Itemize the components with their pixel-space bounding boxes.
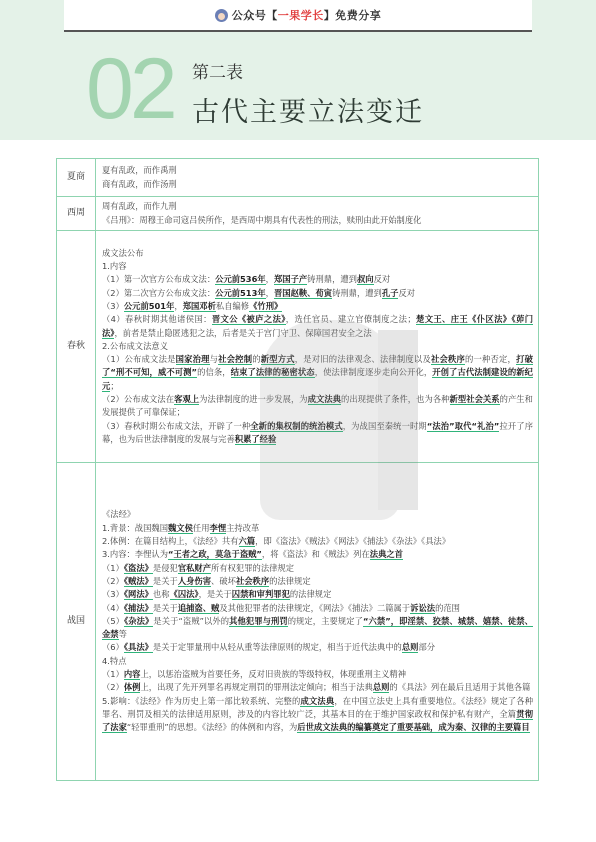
text-line: （1）《盗法》是侵犯官私财产所有权犯罪的法律规定 (102, 562, 533, 575)
text-line: 《吕刑》：周穆王命司寇吕侯所作，是西周中期具有代表性的刑法，赎刑由此开始制度化 (102, 214, 533, 227)
era-label: 战国 (57, 463, 96, 781)
table-row: 春秋 成文法公布1.内容（1）第一次官方公布成文法：公元前536年，郑国子产铸刑… (57, 231, 539, 463)
text-line: 成文法公布 (102, 247, 533, 260)
text-line: （1）内容上，以惩治盗贼为首要任务，反对旧贵族的等级特权，体现重刑主义精神 (102, 668, 533, 681)
promo-header: 公众号【一果学长】免费分享 (64, 0, 532, 32)
text-line: （2）体例上，出现了先开列罪名再规定刑罚的罪刑法定倾向；相当于法典总则的《具法》… (102, 681, 533, 694)
text-line: （3）公元前501年，郑国邓析私自编修《竹刑》 (102, 300, 533, 313)
table-row: 夏商 夏有乱政，而作禹刑 商有乱政，而作汤刑 (57, 159, 539, 197)
text-line: （6）《具法》是关于定罪量刑中从轻从重等法律原则的规定，相当于近代法典中的总则部… (102, 641, 533, 654)
text-line: （3）春秋时期公布成文法，开辟了一种全新的集权制的统治模式，为战国至秦统一时期“… (102, 420, 533, 447)
era-content: 夏有乱政，而作禹刑 商有乱政，而作汤刑 (96, 159, 539, 197)
page-title: 古代主要立法变迁 (192, 90, 424, 129)
table-row: 西周 周有乱政，而作九刑 《吕刑》：周穆王命司寇吕侯所作，是西周中期具有代表性的… (57, 197, 539, 231)
avatar-icon (215, 9, 228, 22)
text-line: 1.背景：战国魏国魏文侯任用李悝主持改革 (102, 522, 533, 535)
text-line: （2）《贼法》是关于人身伤害、破坏社会秩序的法律规定 (102, 575, 533, 588)
era-label: 春秋 (57, 231, 96, 463)
era-content: 《法经》1.背景：战国魏国魏文侯任用李悝主持改革2.体例：在篇目结构上，《法经》… (96, 463, 539, 781)
text-line: （1）第一次官方公布成文法：公元前536年，郑国子产铸刑鼎，遭到叔向反对 (102, 273, 533, 286)
text-line: （1）公布成文法是国家治理与社会控制的新型方式，是对旧的法律观念、法律制度以及社… (102, 353, 533, 393)
text-line: 商有乱政，而作汤刑 (102, 178, 533, 191)
chapter-number: 02 (86, 46, 174, 132)
text-line: 5.影响：《法经》作为历史上第一部比较系统、完整的成文法典，在中国立法史上具有重… (102, 695, 533, 735)
era-label: 夏商 (57, 159, 96, 197)
text-line: （3）《网法》也称《囚法》，是关于囚禁和审判罪犯的法律规定 (102, 588, 533, 601)
era-content: 成文法公布1.内容（1）第一次官方公布成文法：公元前536年，郑国子产铸刑鼎，遭… (96, 231, 539, 463)
text-line: （4）春秋时期其他诸侯国：晋文公《被庐之法》，选任官员、建立官僚制度之法；楚文王… (102, 313, 533, 340)
chapter-subtitle: 第二表 (192, 58, 243, 83)
brand-name: 一果学长 (278, 9, 324, 22)
text-line: （2）第二次官方公布成文法：公元前513年，晋国赵鞅、荀寅铸刑鼎，遭到孔子反对 (102, 287, 533, 300)
promo-text: 公众号【一果学长】免费分享 (232, 7, 382, 23)
text-line: （5）《杂法》是关于“盗贼”以外的其他犯罪与刑罚的规定，主要规定了“六禁”，即淫… (102, 615, 533, 642)
legislation-table: 夏商 夏有乱政，而作禹刑 商有乱政，而作汤刑 西周 周有乱政，而作九刑 《吕刑》… (56, 158, 539, 781)
table-row: 战国 《法经》1.背景：战国魏国魏文侯任用李悝主持改革2.体例：在篇目结构上，《… (57, 463, 539, 781)
text-line: 2.体例：在篇目结构上，《法经》共有六篇，即《盗法》《贼法》《网法》《捕法》《杂… (102, 535, 533, 548)
era-content: 周有乱政，而作九刑 《吕刑》：周穆王命司寇吕侯所作，是西周中期具有代表性的刑法，… (96, 197, 539, 231)
text-line: 2.公布成文法意义 (102, 340, 533, 353)
text-line: 夏有乱政，而作禹刑 (102, 164, 533, 177)
era-label: 西周 (57, 197, 96, 231)
text-line: 1.内容 (102, 260, 533, 273)
text-line: 《法经》 (102, 508, 533, 521)
text-line: 3.内容：李悝认为“王者之政，莫急于盗贼”，将《盗法》和《贼法》列在法典之首 (102, 548, 533, 561)
text-line: 周有乱政，而作九刑 (102, 200, 533, 213)
text-line: 4.特点 (102, 655, 533, 668)
text-line: （4）《捕法》是关于追捕盗、贼及其他犯罪者的法律规定，《网法》《捕法》二篇属于诉… (102, 602, 533, 615)
text-line: （2）公布成文法在客观上为法律制度的进一步发展，为成文法典的出现提供了条件，也为… (102, 393, 533, 420)
